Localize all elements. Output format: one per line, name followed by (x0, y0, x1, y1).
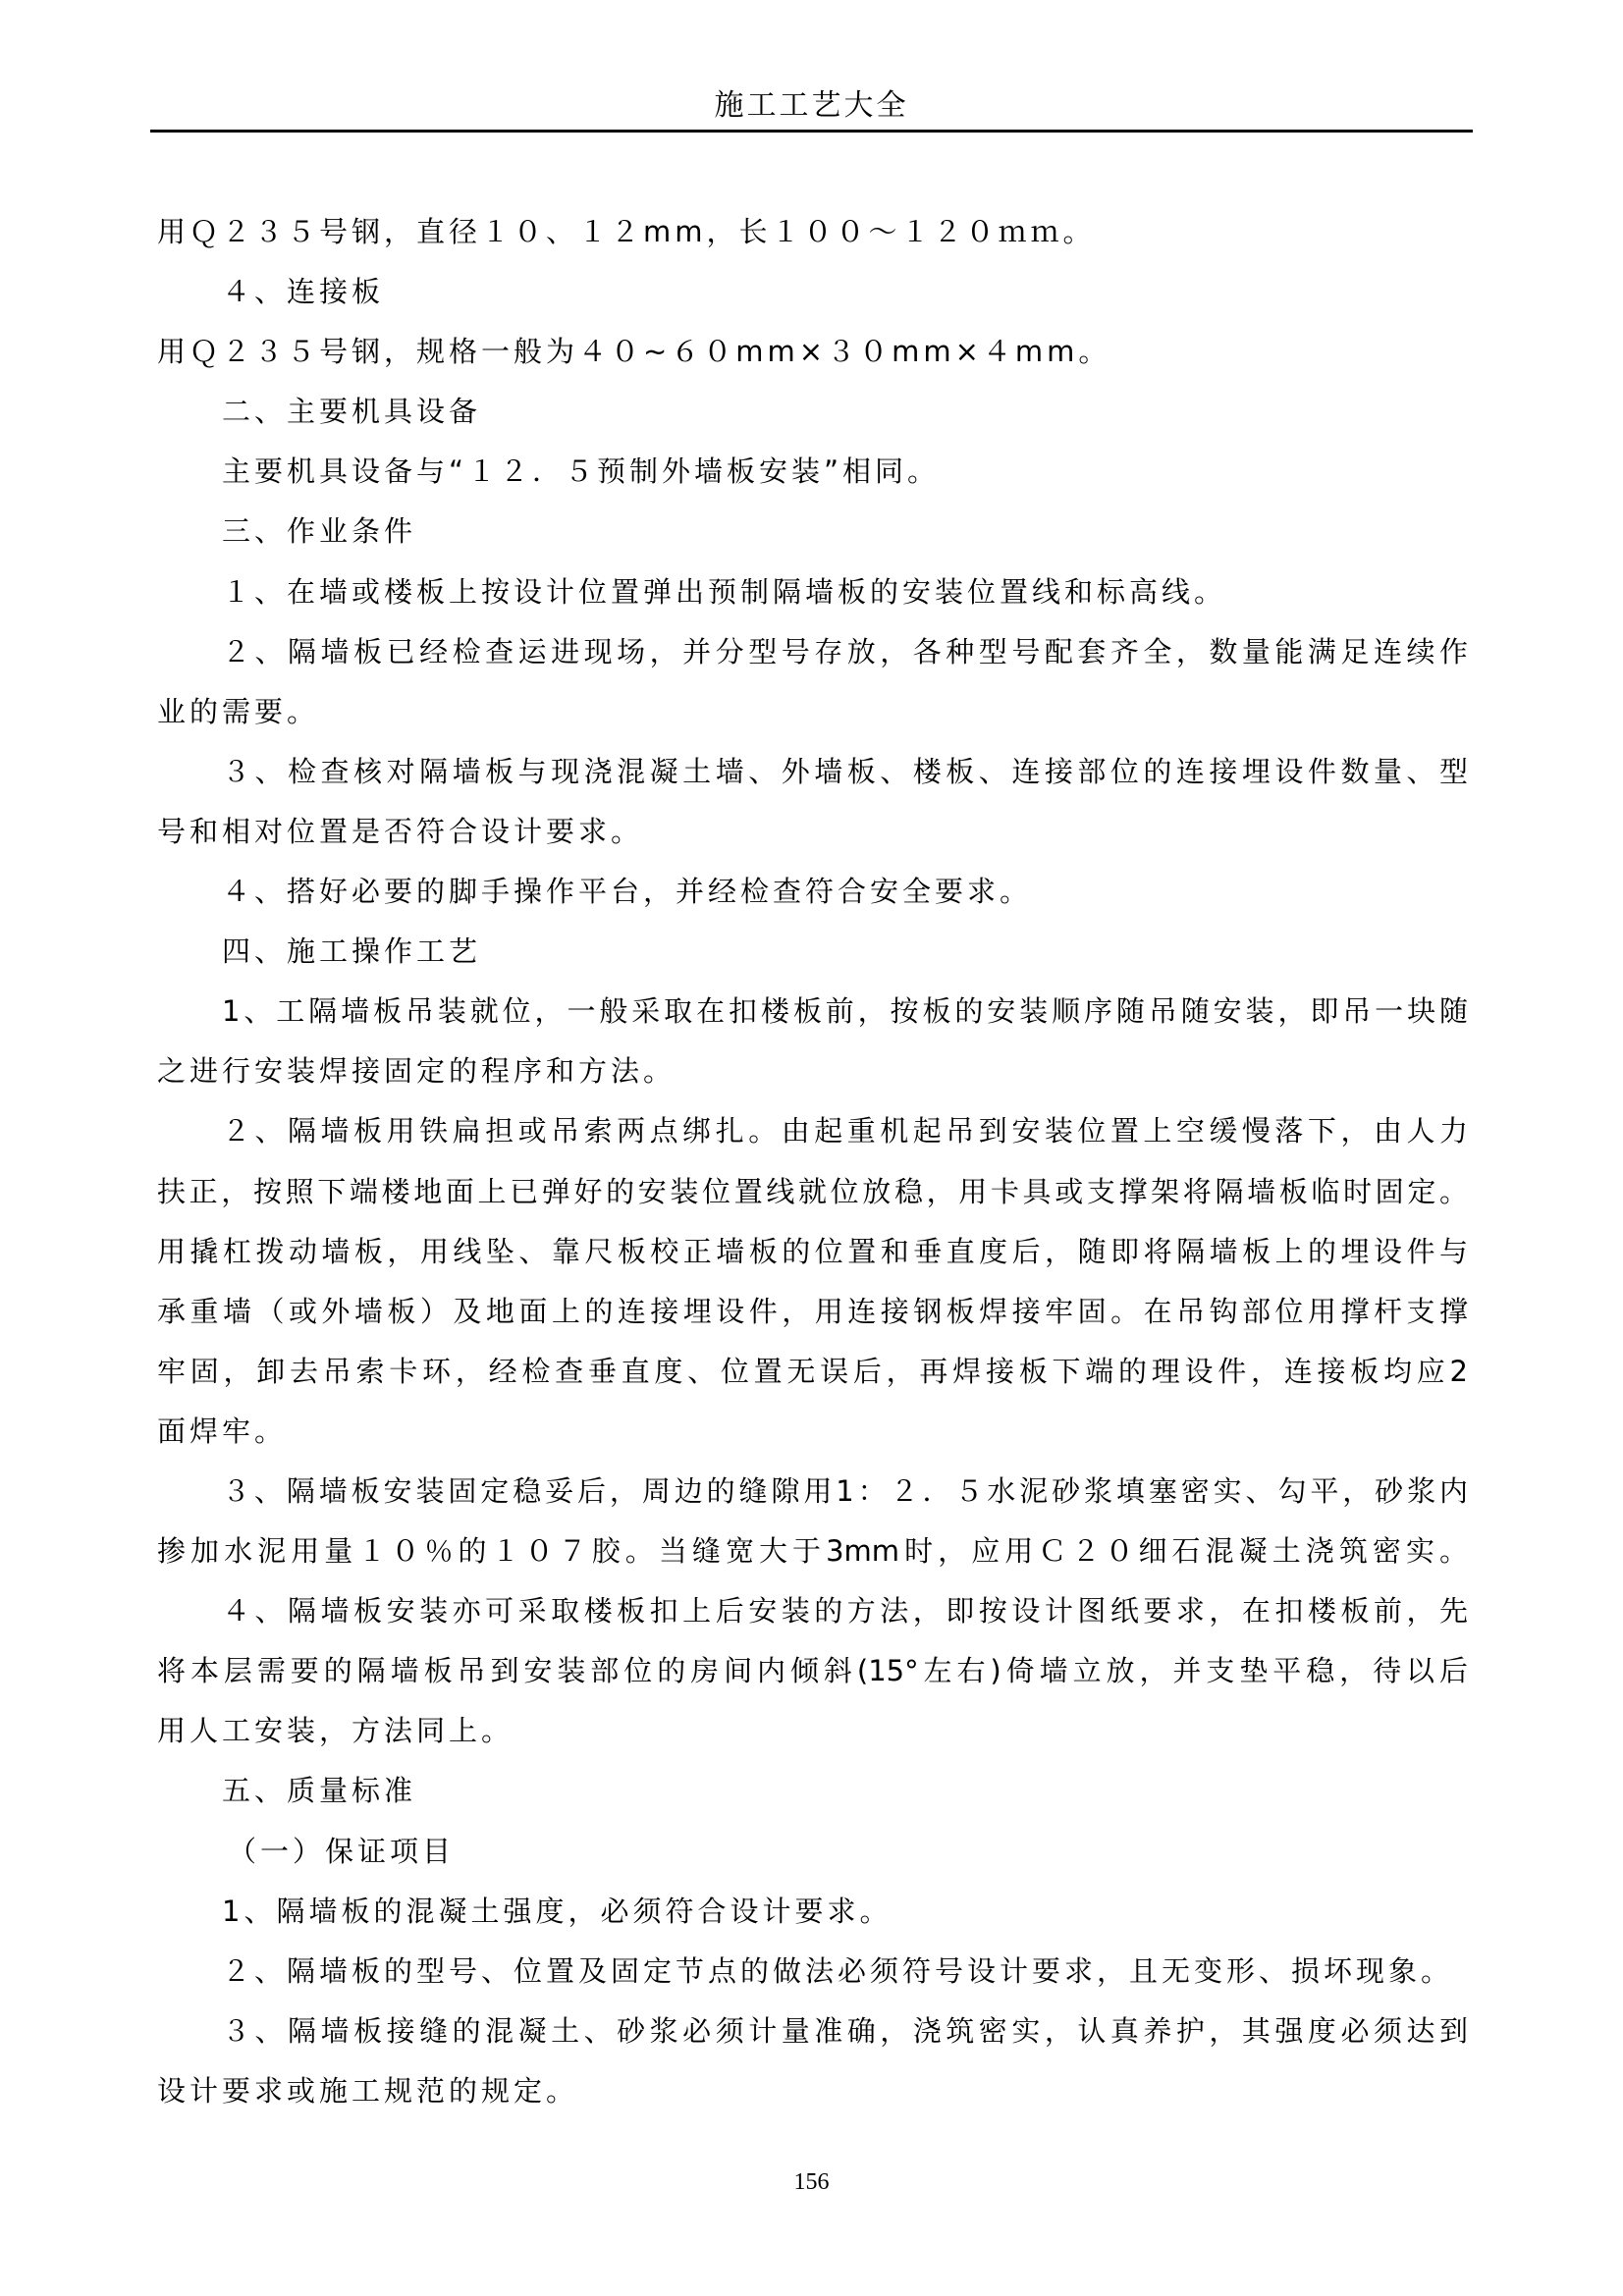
body-line: 主要机具设备与“１２．５预制外墙板安装”相同。 (157, 442, 1473, 502)
list-item-continuation: 用人工安装，方法同上。 (157, 1701, 1473, 1761)
list-item-continuation: 设计要求或施工规范的规定。 (157, 2061, 1473, 2121)
list-item: ２、隔墙板用铁扁担或吊索两点绑扎。由起重机起吊到安装位置上空缓慢落下，由人力 (157, 1101, 1468, 1161)
page-number: 156 (0, 2169, 1623, 2196)
section-heading: 三、作业条件 (157, 502, 1473, 561)
list-item-continuation: 承重墙（或外墙板）及地面上的连接埋设件，用连接钢板焊接牢固。在吊钩部位用撑杆支撑 (157, 1282, 1468, 1342)
list-item: ４、搭好必要的脚手操作平台，并经检查符合安全要求。 (157, 862, 1473, 922)
list-item-continuation: 之进行安装焊接固定的程序和方法。 (157, 1041, 1473, 1101)
section-heading: 二、主要机具设备 (157, 382, 1473, 442)
list-item: ２、隔墙板的型号、位置及固定节点的做法必须符号设计要求，且无变形、损坏现象。 (157, 1942, 1473, 2002)
list-item-continuation: 将本层需要的隔墙板吊到安装部位的房间内倾斜(15°左右)倚墙立放，并支垫平稳，待… (157, 1641, 1468, 1701)
list-item-continuation: 掺加水泥用量１０％的１０７胶。当缝宽大于3mm时，应用Ｃ２０细石混凝土浇筑密实。 (157, 1522, 1468, 1581)
running-header: 施工工艺大全 (150, 82, 1473, 130)
list-item: ３、隔墙板接缝的混凝土、砂浆必须计量准确，浇筑密实，认真养护，其强度必须达到 (157, 2002, 1468, 2061)
list-item-continuation: 用撬杠拨动墙板，用线坠、靠尺板校正墙板的位置和垂直度后，随即将隔墙板上的埋设件与 (157, 1222, 1468, 1282)
page-body: 用Ｑ２３５号钢，直径１０、１２mm，长１００～１２０ｍｍ。 ４、连接板 用Ｑ２３… (157, 202, 1473, 2121)
list-item: ３、检查核对隔墙板与现浇混凝土墙、外墙板、楼板、连接部位的连接埋设件数量、型 (157, 742, 1468, 802)
list-item-continuation: 扶正，按照下端楼地面上已弹好的安装位置线就位放稳，用卡具或支撑架将隔墙板临时固定… (157, 1162, 1468, 1222)
section-heading: 五、质量标准 (157, 1761, 1473, 1821)
list-item: 1、隔墙板的混凝土强度，必须符合设计要求。 (157, 1882, 1473, 1942)
list-item: ４、隔墙板安装亦可采取楼板扣上后安装的方法，即按设计图纸要求，在扣楼板前，先 (157, 1581, 1468, 1641)
subsection-heading: （一）保证项目 (157, 1822, 1473, 1882)
list-item: ３、隔墙板安装固定稳妥后，周边的缝隙用1：２．５水泥砂浆填塞密实、勾平，砂浆内 (157, 1462, 1468, 1522)
body-line: 用Ｑ２３５号钢，规格一般为４０~６０mm×３０mm×４mm。 (157, 322, 1473, 382)
list-item-continuation: 号和相对位置是否符合设计要求。 (157, 802, 1473, 862)
list-item-continuation: 牢固，卸去吊索卡环，经检查垂直度、位置无误后，再焊接板下端的理设件，连接板均应2 (157, 1342, 1468, 1402)
section-heading: 四、施工操作工艺 (157, 922, 1473, 982)
running-header-title: 施工工艺大全 (715, 88, 909, 123)
body-line: 用Ｑ２３５号钢，直径１０、１２mm，长１００～１２０ｍｍ。 (157, 202, 1473, 262)
list-item-continuation: 业的需要。 (157, 682, 1473, 742)
list-item: １、在墙或楼板上按设计位置弹出预制隔墙板的安装位置线和标高线。 (157, 562, 1473, 622)
list-item: ２、隔墙板已经检查运进现场，并分型号存放，各种型号配套齐全，数量能满足连续作 (157, 622, 1468, 682)
list-item-continuation: 面焊牢。 (157, 1402, 1473, 1462)
list-item: 1、工隔墙板吊装就位，一般采取在扣楼板前，按板的安装顺序随吊随安装，即吊一块随 (157, 982, 1468, 1041)
header-rule (150, 130, 1473, 133)
subsection-heading: ４、连接板 (157, 262, 1473, 322)
